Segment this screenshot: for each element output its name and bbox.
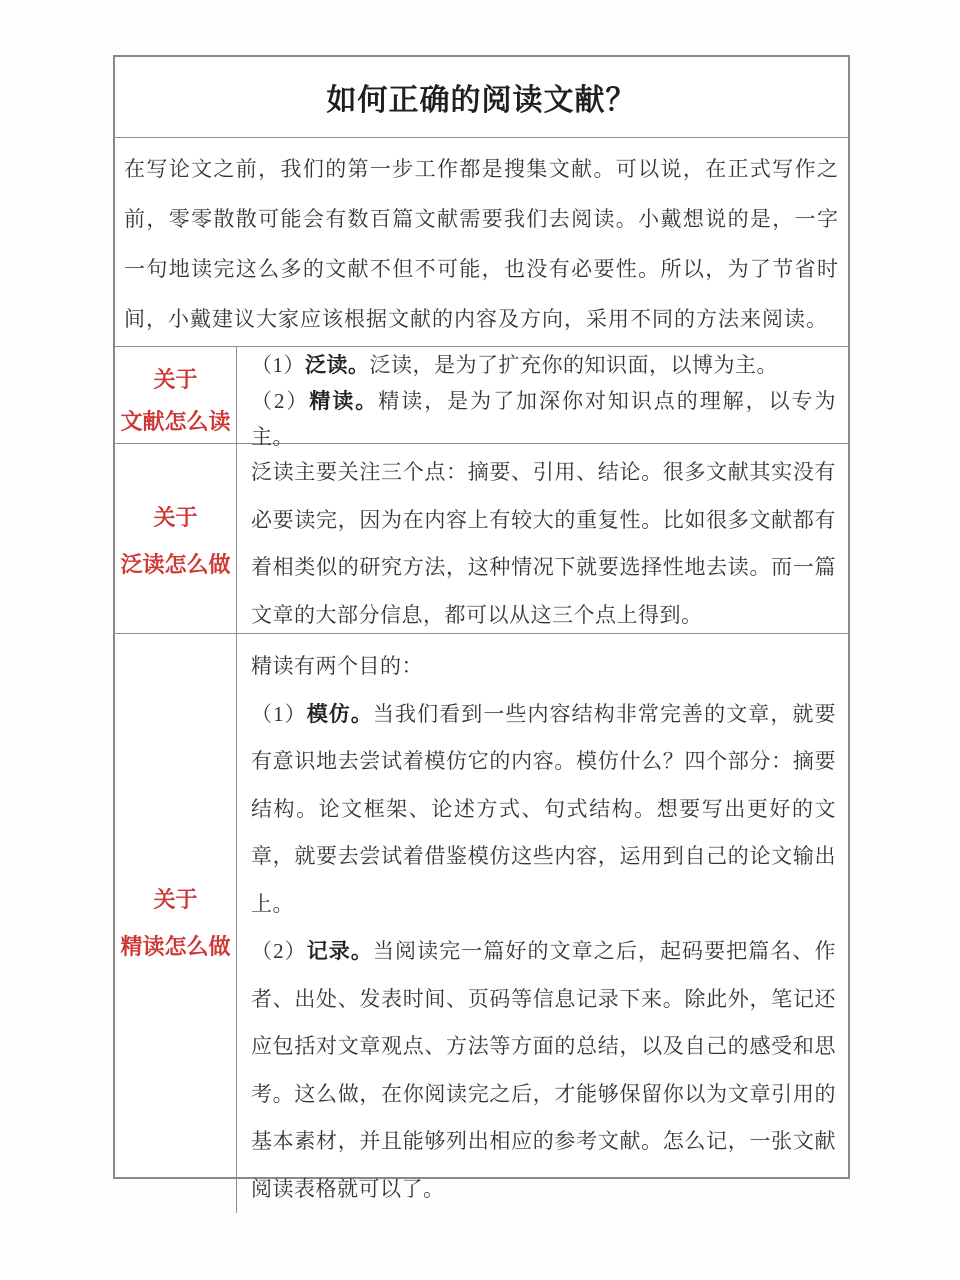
intro-paragraph: 在写论文之前，我们的第一步工作都是搜集文献。可以说，在正式写作之前，零零散散可能… xyxy=(124,144,839,344)
list-item: （1）模仿。当我们看到一些内容结构非常完善的文章，就要有意识地去尝试着模仿它的内… xyxy=(251,691,836,929)
table-row-how-to-read: 关于 文献怎么读 （1）泛读。泛读，是为了扩充你的知识面，以博为主。 （2）精读… xyxy=(115,346,848,443)
label-line-1: 关于 xyxy=(153,888,197,912)
item-term: 记录。 xyxy=(307,939,373,963)
label-line-1: 关于 xyxy=(153,368,197,392)
document-page: 如何正确的阅读文献？ 在写论文之前，我们的第一步工作都是搜集文献。可以说，在正式… xyxy=(0,0,960,1280)
item-text: 当阅读完一篇好的文章之后，起码要把篇名、作者、出处、发表时间、页码等信息记录下来… xyxy=(251,939,836,1201)
table-row-skimming: 关于 泛读怎么做 泛读主要关注三个点：摘要、引用、结论。很多文献其实没有必要读完… xyxy=(115,443,848,633)
list-item: （2）记录。当阅读完一篇好的文章之后，起码要把篇名、作者、出处、发表时间、页码等… xyxy=(251,928,836,1213)
list-item: （1）泛读。泛读，是为了扩充你的知识面，以博为主。 xyxy=(251,347,836,383)
label-line-2: 泛读怎么做 xyxy=(120,553,230,577)
lead-sentence: 精读有两个目的： xyxy=(251,643,836,691)
item-number: （1） xyxy=(251,702,307,726)
title-row: 如何正确的阅读文献？ xyxy=(115,57,848,137)
row-content-intensive-reading: 精读有两个目的： （1）模仿。当我们看到一些内容结构非常完善的文章，就要有意识地… xyxy=(237,634,848,1213)
item-term: 精读。 xyxy=(309,389,378,413)
row-content-skimming: 泛读主要关注三个点：摘要、引用、结论。很多文献其实没有必要读完，因为在内容上有较… xyxy=(237,444,848,639)
item-term: 模仿。 xyxy=(307,702,373,726)
row-label-how-to-read: 关于 文献怎么读 xyxy=(115,347,237,455)
row-label-skimming: 关于 泛读怎么做 xyxy=(115,444,237,639)
row-content-how-to-read: （1）泛读。泛读，是为了扩充你的知识面，以博为主。 （2）精读。精读，是为了加深… xyxy=(237,347,848,455)
page-title: 如何正确的阅读文献？ xyxy=(327,75,637,119)
row-label-intensive-reading: 关于 精读怎么做 xyxy=(115,634,237,1213)
item-text: 泛读，是为了扩充你的知识面，以博为主。 xyxy=(370,353,779,377)
item-number: （2） xyxy=(251,389,309,413)
item-term: 泛读。 xyxy=(305,353,370,377)
intro-row: 在写论文之前，我们的第一步工作都是搜集文献。可以说，在正式写作之前，零零散散可能… xyxy=(115,137,848,346)
label-line-2: 精读怎么做 xyxy=(120,935,230,959)
table-row-intensive-reading: 关于 精读怎么做 精读有两个目的： （1）模仿。当我们看到一些内容结构非常完善的… xyxy=(115,633,848,1181)
item-number: （2） xyxy=(251,939,307,963)
body-paragraph: 泛读主要关注三个点：摘要、引用、结论。很多文献其实没有必要读完，因为在内容上有较… xyxy=(251,449,836,639)
item-text: 当我们看到一些内容结构非常完善的文章，就要有意识地去尝试着模仿它的内容。模仿什么… xyxy=(251,702,836,916)
label-line-1: 关于 xyxy=(153,506,197,530)
label-line-2: 文献怎么读 xyxy=(120,410,230,434)
literature-reading-table: 如何正确的阅读文献？ 在写论文之前，我们的第一步工作都是搜集文献。可以说，在正式… xyxy=(113,55,850,1179)
item-number: （1） xyxy=(251,353,305,377)
